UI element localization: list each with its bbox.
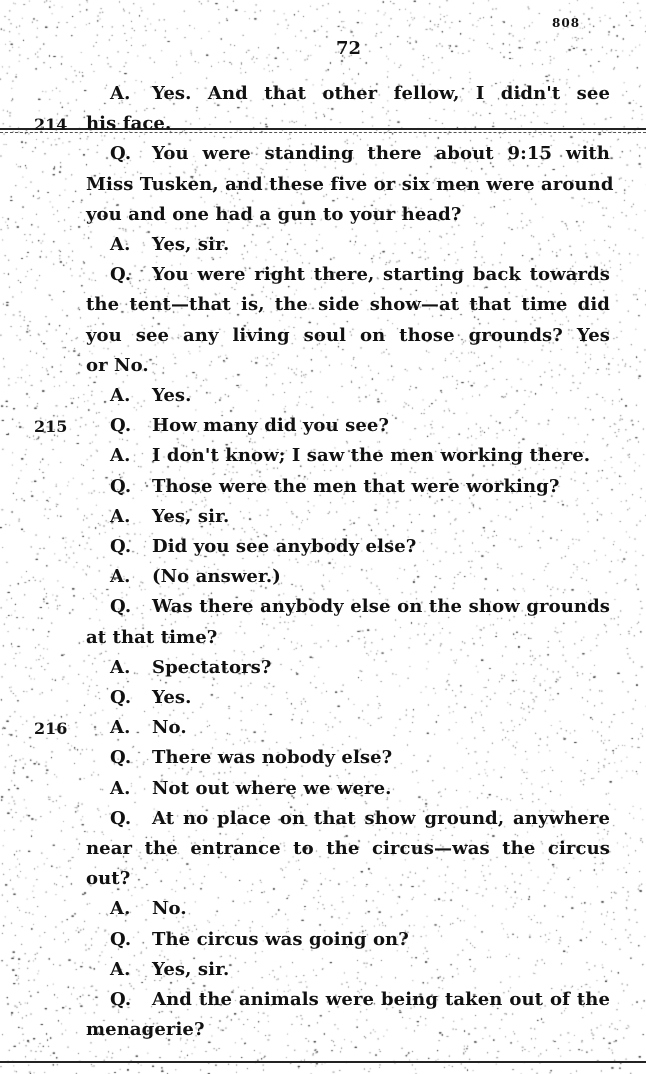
document-page: 808 72 A.Yes. And that other fellow, I d… — [0, 0, 646, 1074]
answer-label: A. — [110, 955, 152, 985]
line-text: Those were the men that were working? — [152, 476, 559, 497]
transcript-line: Q.The circus was going on? — [110, 925, 409, 955]
line-text: Yes. — [152, 687, 192, 708]
transcript-line: at that time? — [86, 623, 217, 653]
line-text: You were right there, starting back towa… — [152, 260, 610, 290]
transcript-line: Q.Yes. — [110, 683, 192, 713]
line-text: near the entrance to the circus—was the … — [86, 834, 610, 864]
transcript-line: A.Yes. — [110, 381, 192, 411]
line-text: the tent—that is, the side show—at that … — [86, 290, 610, 320]
answer-label: A. — [110, 441, 152, 471]
line-text: Yes, sir. — [152, 959, 229, 980]
transcript-line: A.Yes, sir. — [110, 230, 229, 260]
transcript-line: Q.There was nobody else? — [110, 743, 392, 773]
answer-label: A. — [110, 381, 152, 411]
transcript-line: A.Yes. And that other fellow, I didn't s… — [110, 79, 610, 109]
line-text: or No. — [86, 355, 149, 376]
transcript-line: Q.And the animals were being taken out o… — [110, 985, 610, 1015]
question-label: Q. — [110, 411, 152, 441]
transcript-line: A.I don't know; I saw the men working th… — [110, 441, 590, 471]
line-text: at that time? — [86, 627, 217, 648]
line-text: There was nobody else? — [152, 747, 392, 768]
transcript-line: A.Yes, sir. — [110, 502, 229, 532]
question-label: Q. — [110, 592, 152, 622]
question-label: Q. — [110, 985, 152, 1015]
transcript-line: Q.Was there anybody else on the show gro… — [110, 592, 610, 622]
margin-line-number: 216 — [34, 719, 67, 738]
transcript-line: the tent—that is, the side show—at that … — [86, 290, 610, 320]
question-label: Q. — [110, 804, 152, 834]
line-text: Miss Tusken, and these five or six men w… — [86, 170, 610, 200]
transcript-line: Q.At no place on that show ground, anywh… — [110, 804, 610, 834]
line-text: You were standing there about 9:15 with — [152, 139, 610, 169]
corner-page-mark: 808 — [552, 16, 580, 30]
question-label: Q. — [110, 743, 152, 773]
answer-label: A. — [110, 653, 152, 683]
transcript-line: A.Spectators? — [110, 653, 272, 683]
question-label: Q. — [110, 260, 152, 290]
line-text: No. — [152, 717, 187, 738]
margin-line-number: 215 — [34, 417, 67, 436]
transcript-line: A.Yes, sir. — [110, 955, 229, 985]
line-text: How many did you see? — [152, 415, 389, 436]
answer-label: A. — [110, 894, 152, 924]
question-label: Q. — [110, 683, 152, 713]
question-label: Q. — [110, 925, 152, 955]
line-text: (No answer.) — [152, 566, 281, 587]
transcript-line: you see any living soul on those grounds… — [86, 321, 610, 351]
margin-line-number: 214 — [34, 115, 67, 134]
transcript-line: A.Not out where we were. — [110, 774, 392, 804]
question-label: Q. — [110, 139, 152, 169]
line-text: out? — [86, 868, 130, 889]
answer-label: A. — [110, 79, 152, 109]
page-number: 72 — [336, 38, 361, 59]
line-text: Not out where we were. — [152, 778, 392, 799]
answer-label: A. — [110, 562, 152, 592]
line-text: you see any living soul on those grounds… — [86, 321, 610, 351]
line-text: And the animals were being taken out of … — [152, 985, 610, 1015]
line-text: his face. — [86, 113, 171, 134]
transcript-line: A.No. — [110, 894, 187, 924]
line-text: Yes, sir. — [152, 234, 229, 255]
transcript-line: Q.Did you see anybody else? — [110, 532, 416, 562]
line-text: Was there anybody else on the show groun… — [152, 592, 610, 622]
line-text: you and one had a gun to your head? — [86, 204, 462, 225]
bottom-rule — [0, 1061, 646, 1063]
line-text: Yes. And that other fellow, I didn't see — [152, 79, 610, 109]
line-text: Yes. — [152, 385, 192, 406]
line-text: At no place on that show ground, anywher… — [152, 804, 610, 834]
answer-label: A. — [110, 774, 152, 804]
transcript-line: A.No. — [110, 713, 187, 743]
line-text: I don't know; I saw the men working ther… — [152, 445, 590, 466]
answer-label: A. — [110, 230, 152, 260]
answer-label: A. — [110, 502, 152, 532]
question-label: Q. — [110, 532, 152, 562]
transcript-line: menagerie? — [86, 1015, 205, 1045]
transcript-line: near the entrance to the circus—was the … — [86, 834, 610, 864]
transcript-line: Miss Tusken, and these five or six men w… — [86, 170, 610, 200]
transcript-line: Q.How many did you see? — [110, 411, 389, 441]
answer-label: A. — [110, 713, 152, 743]
question-label: Q. — [110, 472, 152, 502]
line-text: Spectators? — [152, 657, 272, 678]
line-text: menagerie? — [86, 1019, 205, 1040]
transcript-line: you and one had a gun to your head? — [86, 200, 462, 230]
transcript-line: A.(No answer.) — [110, 562, 281, 592]
transcript-line: Q.You were right there, starting back to… — [110, 260, 610, 290]
line-text: The circus was going on? — [152, 929, 409, 950]
line-text: Did you see anybody else? — [152, 536, 416, 557]
transcript-line: out? — [86, 864, 130, 894]
transcript-line: Q.Those were the men that were working? — [110, 472, 559, 502]
transcript-line: his face. — [86, 109, 171, 139]
transcript-line: or No. — [86, 351, 149, 381]
line-text: Yes, sir. — [152, 506, 229, 527]
line-text: No. — [152, 898, 187, 919]
transcript-line: Q.You were standing there about 9:15 wit… — [110, 139, 610, 169]
